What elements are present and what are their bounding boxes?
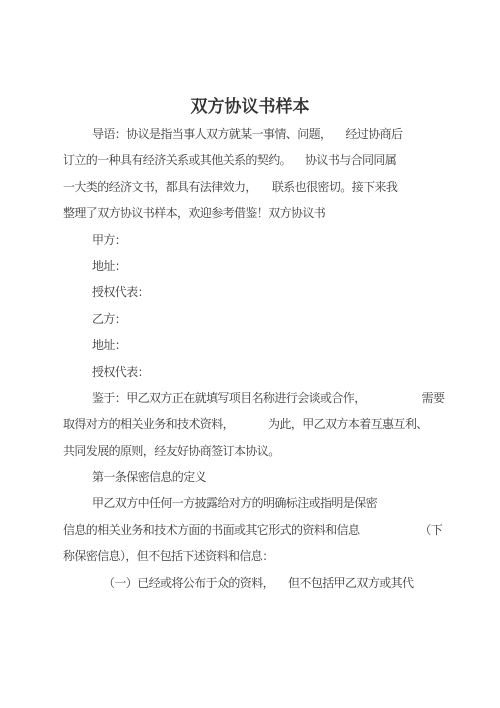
- doc-text: 为此，甲乙双方本着互惠互利、: [268, 417, 428, 431]
- justify-gap: [291, 163, 305, 164]
- doc-line: 第一条保密信息的定义: [63, 464, 449, 490]
- doc-line: 整理了双方协议书样本，欢迎参考借鉴！双方协议书: [63, 200, 449, 226]
- doc-text: 授权代表：: [92, 365, 149, 379]
- justify-gap: [257, 190, 272, 191]
- justify-gap: [359, 533, 419, 534]
- doc-text: 协议书与合同同属: [305, 153, 396, 167]
- doc-text: 导语：协议是指当事人双方就某一事情、问题，: [92, 127, 331, 141]
- doc-line: 共同发展的原则，经友好协商签订本协议。: [63, 438, 449, 464]
- doc-line: （一）已经或将公布于众的资料，但不包括甲乙双方或其代: [63, 570, 449, 596]
- doc-text: 称保密信息），但不包括下述资料和信息：: [63, 549, 274, 563]
- document-body: 导语：协议是指当事人双方就某一事情、问题，经过协商后订立的一种具有经济关系或其他…: [63, 121, 449, 596]
- doc-line: 鉴于：甲乙双方正在就填写项目名称进行会谈或合作，需要: [63, 385, 449, 411]
- document-page: 双方协议书样本 导语：协议是指当事人双方就某一事情、问题，经过协商后订立的一种具…: [0, 0, 500, 708]
- doc-line: 乙方：: [63, 306, 449, 332]
- doc-text: 联系也很密切。接下来我: [272, 180, 397, 194]
- doc-text: 鉴于：甲乙双方正在就填写项目名称进行会谈或合作，: [92, 391, 366, 405]
- doc-line: 取得对方的相关业务和技术资料，为此，甲乙双方本着互惠互利、: [63, 411, 449, 437]
- doc-line: 一大类的经济文书，都具有法律效力，联系也很密切。接下来我: [63, 174, 449, 200]
- doc-text: 经过协商后: [345, 127, 402, 141]
- doc-text: 信息的相关业务和技术方面的书面或其它形式的资料和信息: [63, 523, 359, 537]
- doc-text: 第一条保密信息的定义: [92, 470, 206, 484]
- doc-text: （一）已经或将公布于众的资料，: [103, 576, 274, 590]
- doc-text: （下: [419, 523, 442, 537]
- justify-gap: [331, 137, 345, 138]
- doc-text: 取得对方的相关业务和技术资料，: [63, 417, 234, 431]
- doc-line: 甲方：: [63, 227, 449, 253]
- doc-text: 地址：: [92, 338, 126, 352]
- justify-gap: [274, 586, 288, 587]
- doc-text: 地址：: [92, 259, 126, 273]
- doc-line: 授权代表：: [63, 279, 449, 305]
- doc-text: 整理了双方协议书样本，欢迎参考借鉴！双方协议书: [63, 206, 325, 220]
- doc-line: 地址：: [63, 253, 449, 279]
- doc-text: 需要: [422, 391, 445, 405]
- doc-text: 甲乙双方中任何一方披露给对方的明确标注或指明是保密: [92, 496, 377, 510]
- doc-line: 授权代表：: [63, 359, 449, 385]
- justify-gap: [366, 401, 422, 402]
- doc-text: 甲方：: [92, 233, 126, 247]
- doc-line: 导语：协议是指当事人双方就某一事情、问题，经过协商后: [63, 121, 449, 147]
- document-title: 双方协议书样本: [0, 92, 500, 117]
- justify-gap: [234, 427, 268, 428]
- doc-text: 共同发展的原则，经友好协商签订本协议。: [63, 444, 280, 458]
- doc-text: 授权代表：: [92, 285, 149, 299]
- doc-line: 信息的相关业务和技术方面的书面或其它形式的资料和信息（下: [63, 517, 449, 543]
- doc-text: 但不包括甲乙双方或其代: [288, 576, 413, 590]
- doc-line: 订立的一种具有经济关系或其他关系的契约。协议书与合同同属: [63, 147, 449, 173]
- doc-text: 订立的一种具有经济关系或其他关系的契约。: [63, 153, 291, 167]
- doc-line: 地址：: [63, 332, 449, 358]
- doc-text: 乙方：: [92, 312, 126, 326]
- doc-line: 称保密信息），但不包括下述资料和信息：: [63, 543, 449, 569]
- doc-text: 一大类的经济文书，都具有法律效力，: [63, 180, 257, 194]
- doc-line: 甲乙双方中任何一方披露给对方的明确标注或指明是保密: [63, 490, 449, 516]
